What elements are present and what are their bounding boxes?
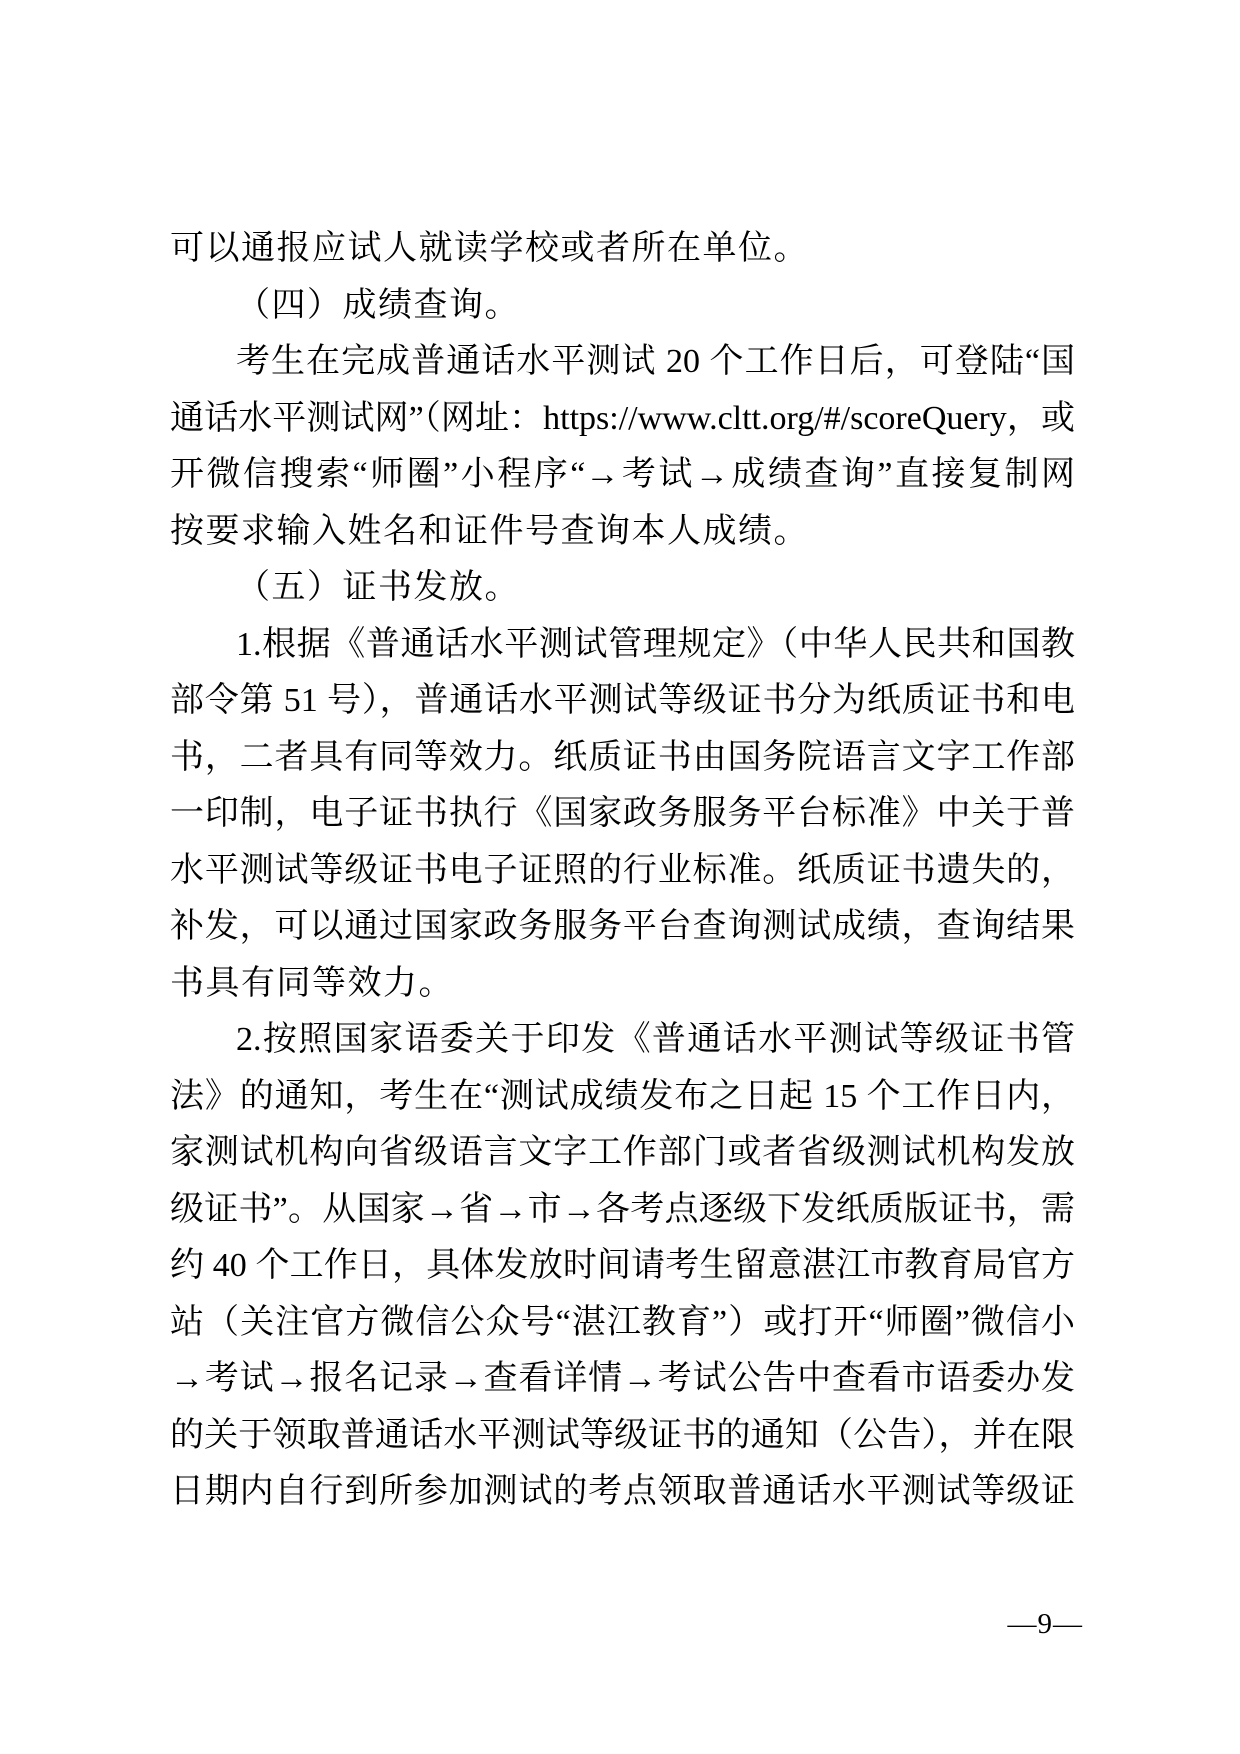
document-body: 可以通报应试人就读学校或者所在单位。 （四）成绩查询。 考生在完成普通话水平测试… [170, 221, 1075, 1521]
text-line: 书具有同等效力。 [170, 956, 1075, 1013]
text-line: 约 40 个工作日，具体发放时间请考生留意湛江市教育局官方网 [170, 1238, 1075, 1295]
text-line: 考生在完成普通话水平测试 20 个工作日后，可登陆“国家普 [170, 334, 1075, 391]
section-heading: （五）证书发放。 [170, 560, 1075, 617]
page-number: —9— [1008, 1606, 1084, 1642]
text-line: 水平测试等级证书电子证照的行业标准。纸质证书遗失的，不予 [170, 843, 1075, 900]
text-line: 日期内自行到所参加测试的考点领取普通话水平测试等级证书， [170, 1464, 1075, 1521]
text-line: 家测试机构向省级语言文字工作部门或者省级测试机构发放等 [170, 1125, 1075, 1182]
text-line: 可以通报应试人就读学校或者所在单位。 [170, 221, 1075, 278]
text-line: 通话水平测试网”（网址：https://www.cltt.org/#/score… [170, 391, 1075, 448]
text-line: 1.根据《普通话水平测试管理规定》（中华人民共和国教育 [170, 617, 1075, 674]
text-line: 级证书”。从国家→省→市→各考点逐级下发纸质版证书，需要 [170, 1182, 1075, 1239]
text-line: 按要求输入姓名和证件号查询本人成绩。 [170, 504, 1075, 561]
text-line: →考试→报名记录→查看详情→考试公告中查看市语委办发布 [170, 1351, 1075, 1408]
text-line: 一印制，电子证书执行《国家政务服务平台标准》中关于普通话 [170, 786, 1075, 843]
text-line: 的关于领取普通话水平测试等级证书的通知（公告），并在限定 [170, 1408, 1075, 1465]
text-line: 2.按照国家语委关于印发《普通话水平测试等级证书管理办 [170, 1012, 1075, 1069]
text-line: 部令第 51 号），普通话水平测试等级证书分为纸质证书和电子证 [170, 673, 1075, 730]
text-line: 站（关注官方微信公众号“湛江教育”）或打开“师圈”微信小程序 [170, 1295, 1075, 1352]
text-line: 补发，可以通过国家政务服务平台查询测试成绩，查询结果与证 [170, 899, 1075, 956]
text-line: 开微信搜索“师圈”小程序“→考试→成绩查询”直接复制网址）” [170, 447, 1075, 504]
document-page: 可以通报应试人就读学校或者所在单位。 （四）成绩查询。 考生在完成普通话水平测试… [0, 0, 1240, 1754]
text-line: 法》的通知，考生在“测试成绩发布之日起 15 个工作日内，由国 [170, 1069, 1075, 1126]
text-line: 书，二者具有同等效力。纸质证书由国务院语言文字工作部门统 [170, 730, 1075, 787]
section-heading: （四）成绩查询。 [170, 278, 1075, 335]
